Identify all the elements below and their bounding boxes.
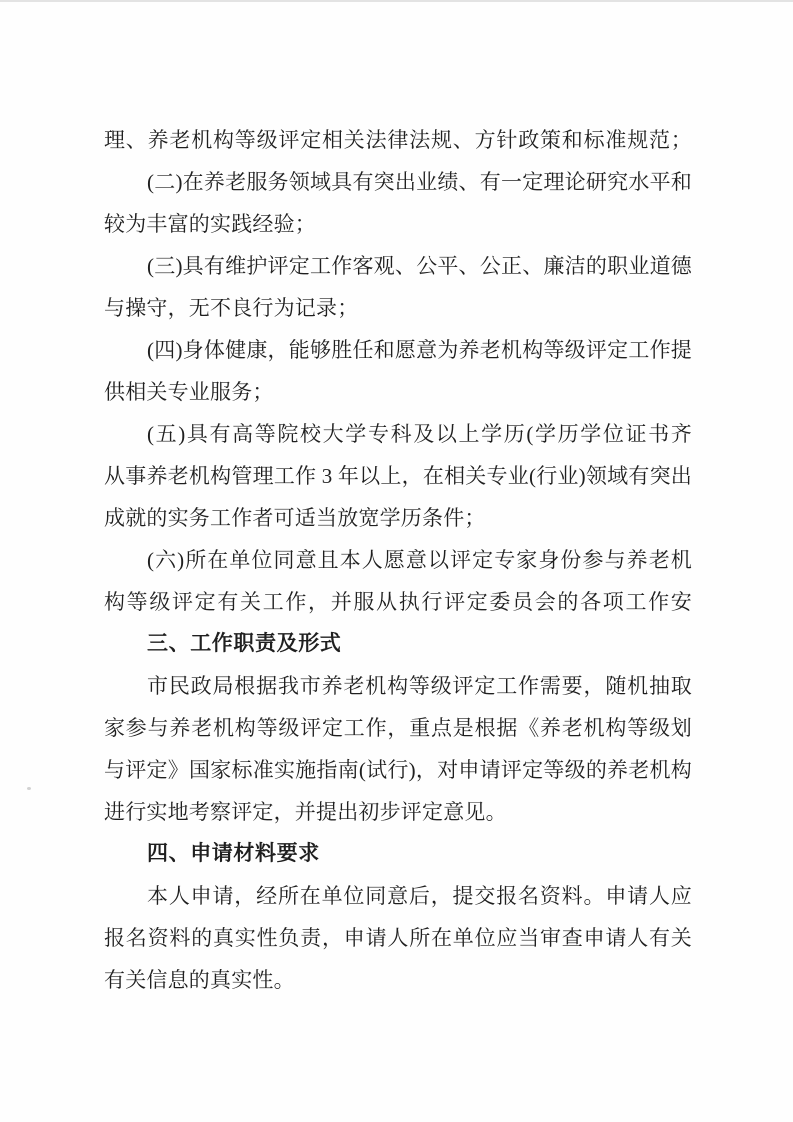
document-page: 理、养老机构等级评定相关法律法规、方针政策和标准规范；(二)在养老服务领域具有突…: [0, 0, 793, 1122]
document-text-block: 理、养老机构等级评定相关法律法规、方针政策和标准规范；(二)在养老服务领域具有突…: [104, 119, 692, 1001]
document-line: 本人申请，经所在单位同意后，提交报名资料。申请人应当对: [104, 875, 692, 917]
document-line: 报名资料的真实性负责，申请人所在单位应当审查申请人有关: [104, 917, 692, 959]
document-line: 与评定》国家标准实施指南(试行)，对申请评定等级的养老机构: [104, 749, 692, 791]
document-line: 与操守，无不良行为记录；: [104, 287, 692, 329]
document-line: (二)在养老服务领域具有突出业绩、有一定理论研究水平和: [104, 161, 692, 203]
document-line: 进行实地考察评定，并提出初步评定意见。: [104, 791, 692, 833]
document-line: (三)具有维护评定工作客观、公平、公正、廉洁的职业道德: [104, 245, 692, 287]
scan-edge-artifact: [0, 0, 793, 2]
document-line: 构等级评定有关工作，并服从执行评定委员会的各项工作安排。: [104, 581, 692, 623]
document-line: 家参与养老机构等级评定工作，重点是根据《养老机构等级划分: [104, 707, 692, 749]
section-heading: 四、申请材料要求: [104, 833, 692, 875]
document-line: 市民政局根据我市养老机构等级评定工作需要，随机抽取专: [104, 665, 692, 707]
document-line: (四)身体健康，能够胜任和愿意为养老机构等级评定工作提: [104, 329, 692, 371]
document-line: 有关信息的真实性。: [104, 959, 692, 1001]
document-line: 成就的实务工作者可适当放宽学历条件；: [104, 497, 692, 539]
scan-speck: [27, 787, 31, 790]
document-line: 供相关专业服务；: [104, 371, 692, 413]
document-line: 从事养老机构管理工作 3 年以上，在相关专业(行业)领域有突出: [104, 455, 692, 497]
document-line: 较为丰富的实践经验；: [104, 203, 692, 245]
document-line: (六)所在单位同意且本人愿意以评定专家身份参与养老机: [104, 539, 692, 581]
section-heading: 三、工作职责及形式: [104, 623, 692, 665]
document-line: (五)具有高等院校大学专科及以上学历(学历学位证书齐全)，: [104, 413, 692, 455]
document-line: 理、养老机构等级评定相关法律法规、方针政策和标准规范；: [104, 119, 692, 161]
